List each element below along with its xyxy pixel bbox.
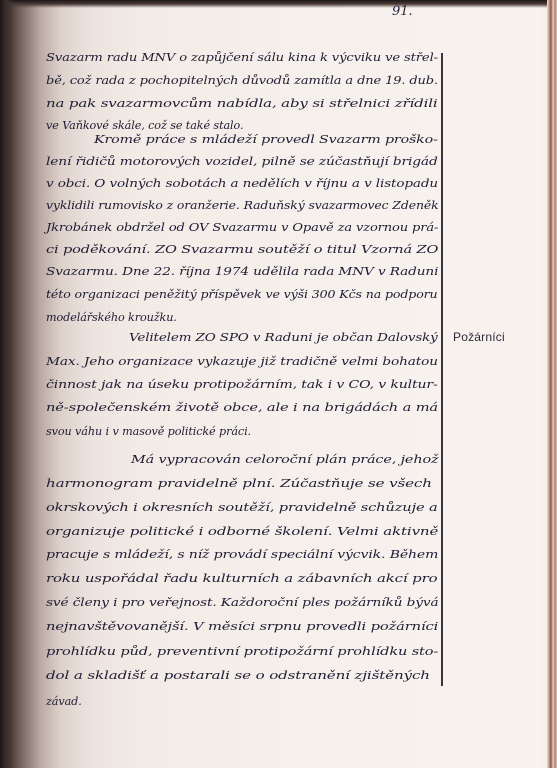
text-line: Svazarm radu MNV o zapůjčení sálu kina k… bbox=[46, 51, 438, 64]
page-top-shadow bbox=[0, 0, 557, 8]
text-line: Svazarmu. Dne 22. října 1974 udělila rad… bbox=[46, 265, 438, 278]
text-line: harmonogram pravidelně plní. Zúčastňuje … bbox=[46, 477, 432, 490]
text-line: Má vypracován celoroční plán práce, jeho… bbox=[131, 453, 438, 466]
notebook-page: 91. Požárníci Svazarm radu MNV o zapůjče… bbox=[0, 0, 557, 768]
text-line: své členy i pro veřejnost. Každoroční pl… bbox=[46, 596, 439, 609]
text-line: na pak svazarmovcům nabídla, aby si stře… bbox=[46, 97, 438, 110]
text-line: vyklidili rumovisko z oranžerie. Raduňsk… bbox=[46, 199, 439, 212]
text-line: Jkrobánek obdržel od OV Svazarmu v Opavě… bbox=[46, 221, 438, 234]
page-number: 91. bbox=[392, 4, 413, 19]
text-line: okrskových i okresních soutěží, pravidel… bbox=[46, 501, 438, 514]
margin-rule bbox=[441, 53, 443, 686]
text-line: pracuje s mládeží, s níž provádí speciál… bbox=[46, 548, 438, 561]
text-line: ci poděkování. ZO Svazarmu soutěží o tit… bbox=[46, 243, 438, 256]
text-line: dol a skladišť a postarali se o odstraně… bbox=[46, 669, 430, 682]
text-line: prohlídku půd, preventivní protipožární … bbox=[46, 645, 438, 658]
book-spine-shadow bbox=[0, 0, 14, 768]
text-line: Velitelem ZO SPO v Raduni je občan Dalov… bbox=[129, 331, 438, 344]
text-line: svou váhu i v masově politické práci. bbox=[46, 425, 251, 438]
page-edge bbox=[547, 0, 557, 768]
text-line: Max. Jeho organizace vykazuje již tradič… bbox=[46, 355, 438, 368]
text-line: této organizaci peněžitý příspěvek ve vý… bbox=[46, 288, 438, 301]
margin-note: Požárníci bbox=[453, 330, 505, 344]
text-line: Kromě práce s mládeží provedl Svazarm pr… bbox=[94, 133, 438, 146]
text-line: roku uspořádal řadu kulturních a zábavní… bbox=[46, 572, 437, 585]
text-line: modelářského kroužku. bbox=[46, 311, 177, 324]
text-line: ně-společenském životě obce, ale i na br… bbox=[46, 401, 438, 414]
text-line: závad. bbox=[46, 695, 82, 708]
text-line: nejnavštěvovanější. V měsíci srpnu prove… bbox=[46, 620, 438, 633]
text-line: ve Vaňkové skále, což se také stalo. bbox=[46, 119, 243, 132]
text-line: bě, což rada z pochopitelných důvodů zam… bbox=[46, 74, 438, 87]
text-line: lení řidičů motorových vozidel, pilně se… bbox=[46, 155, 438, 168]
text-line: v obci. O volných sobotách a nedělích v … bbox=[46, 177, 438, 190]
text-line: organizuje politické i odborné školení. … bbox=[46, 525, 438, 538]
text-line: činnost jak na úseku protipožárním, tak … bbox=[46, 378, 438, 391]
